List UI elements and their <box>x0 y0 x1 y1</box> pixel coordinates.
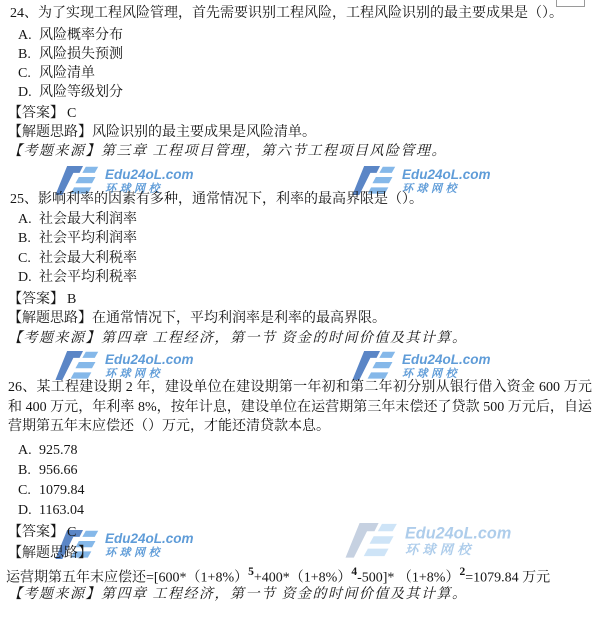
analysis-label: 【解题思路】 <box>8 125 92 140</box>
analysis-text: 在通常情况下，平均利润率是利率的最高界限。 <box>92 311 386 326</box>
watermark-edu24ol: Edu24oL.com 环球网校 <box>55 351 194 380</box>
question-24-text: 为了实现工程风险管理，首先需要识别工程风险，工程风险识别的最主要成果是（）。 <box>38 6 563 21</box>
question-26-answer: 【答案】C <box>8 524 76 541</box>
question-25-number: 25、 <box>10 192 38 207</box>
analysis-text: 风险识别的最主要成果是风险清单。 <box>92 125 316 140</box>
formula-part: =1079.84 万元 <box>465 571 550 586</box>
question-26-number: 26、 <box>8 380 37 395</box>
option-letter: A. <box>18 211 39 228</box>
option-letter: A. <box>18 442 39 459</box>
formula-part: -500]* （1+8%） <box>357 571 459 586</box>
edu24ol-logo-icon <box>345 523 399 558</box>
question-25-option-b: B.社会平均利润率 <box>18 230 137 247</box>
formula-exponent: 5 <box>248 566 254 578</box>
watermark-brand: Edu24oL.com <box>105 353 194 366</box>
question-26-option-b: B.956.66 <box>18 462 78 479</box>
option-text: 风险损失预测 <box>39 47 123 62</box>
question-25-option-d: D.社会平均利税率 <box>18 269 137 286</box>
question-24-source: 【考题来源】第三章 工程项目管理，第六节工程项目风险管理。 <box>8 143 447 160</box>
exam-document-page: { "watermark": { "brand": "Edu24oL.com",… <box>0 0 600 620</box>
question-25-source: 【考题来源】第四章 工程经济，第一节 资金的时间价值及其计算。 <box>8 330 468 347</box>
watermark-brand: Edu24oL.com <box>105 532 194 545</box>
option-letter: C. <box>18 482 39 499</box>
option-text: 社会最大利润率 <box>39 212 137 227</box>
question-24-number: 24、 <box>10 6 38 21</box>
option-letter: D. <box>18 269 39 286</box>
answer-value: B <box>67 292 76 307</box>
option-letter: D. <box>18 502 39 519</box>
option-letter: C. <box>18 65 39 82</box>
question-24-stem: 24、为了实现工程风险管理，首先需要识别工程风险，工程风险识别的最主要成果是（）… <box>10 5 563 22</box>
question-24-option-c: C.风险清单 <box>18 65 95 82</box>
option-letter: B. <box>18 230 39 247</box>
option-text: 1163.04 <box>39 503 84 518</box>
question-25-text: 影响利率的因素有多种，通常情况下，利率的最高界限是（）。 <box>38 192 423 207</box>
question-25-option-c: C.社会最大利税率 <box>18 250 137 267</box>
watermark-brand: Edu24oL.com <box>402 168 491 181</box>
question-26-option-a: A.925.78 <box>18 442 78 459</box>
option-text: 风险概率分布 <box>39 28 123 43</box>
answer-value: C <box>67 106 76 121</box>
watermark-site: 环球网校 <box>105 547 194 559</box>
option-letter: A. <box>18 27 39 44</box>
formula-exponent: 4 <box>351 566 357 578</box>
question-24-answer: 【答案】C <box>8 105 76 122</box>
question-26-formula: 运营期第五年末应偿还=[600*（1+8%）5+400*（1+8%）4-500]… <box>6 565 550 587</box>
question-25-option-a: A.社会最大利润率 <box>18 211 137 228</box>
source-text: 第四章 工程经济，第一节 资金的时间价值及其计算。 <box>101 587 468 602</box>
question-24-option-d: D.风险等级划分 <box>18 84 123 101</box>
option-letter: B. <box>18 462 39 479</box>
analysis-label: 【解题思路】 <box>8 546 92 561</box>
watermark-brand: Edu24oL.com <box>105 168 194 181</box>
question-24-analysis: 【解题思路】风险识别的最主要成果是风险清单。 <box>8 124 316 141</box>
source-label: 【考题来源】 <box>8 587 101 602</box>
watermark-site: 环球网校 <box>405 543 511 557</box>
option-text: 956.66 <box>39 463 78 478</box>
answer-label: 【答案】 <box>8 106 64 121</box>
question-26-source: 【考题来源】第四章 工程经济，第一节 资金的时间价值及其计算。 <box>8 586 468 603</box>
source-text: 第四章 工程经济，第一节 资金的时间价值及其计算。 <box>101 331 468 346</box>
question-25-analysis: 【解题思路】在通常情况下，平均利润率是利率的最高界限。 <box>8 310 386 327</box>
option-letter: C. <box>18 250 39 267</box>
option-letter: B. <box>18 46 39 63</box>
question-25-stem: 25、影响利率的因素有多种，通常情况下，利率的最高界限是（）。 <box>10 191 423 208</box>
edu24ol-logo-icon <box>352 351 397 380</box>
watermark-edu24ol: Edu24oL.com 环球网校 <box>352 351 491 380</box>
option-text: 社会最大利税率 <box>39 251 137 266</box>
formula-part: +400*（1+8%） <box>254 571 351 586</box>
option-text: 风险清单 <box>39 66 95 81</box>
watermark-edu24ol-faded: Edu24oL.com 环球网校 <box>345 523 511 558</box>
source-text: 第三章 工程项目管理，第六节工程项目风险管理。 <box>101 144 447 159</box>
source-label: 【考题来源】 <box>8 144 101 159</box>
question-26-option-c: C.1079.84 <box>18 482 85 499</box>
question-24-option-a: A.风险概率分布 <box>18 27 123 44</box>
question-26-stem: 26、某工程建设期 2 年，建设单位在建设期第一年初和第二年初分别从银行借入资金… <box>8 378 592 437</box>
watermark-brand: Edu24oL.com <box>402 353 491 366</box>
formula-exponent: 2 <box>459 566 465 578</box>
option-text: 风险等级划分 <box>39 85 123 100</box>
analysis-label: 【解题思路】 <box>8 311 92 326</box>
option-letter: D. <box>18 84 39 101</box>
watermark-brand: Edu24oL.com <box>405 525 511 541</box>
formula-part: 运营期第五年末应偿还=[600*（1+8%） <box>6 571 248 586</box>
option-text: 社会平均利税率 <box>39 270 137 285</box>
source-label: 【考题来源】 <box>8 331 101 346</box>
answer-label: 【答案】 <box>8 292 64 307</box>
option-text: 1079.84 <box>39 483 85 498</box>
option-text: 925.78 <box>39 443 78 458</box>
question-26-text: 某工程建设期 2 年，建设单位在建设期第一年初和第二年初分别从银行借入资金 60… <box>8 380 592 434</box>
answer-label: 【答案】 <box>8 525 64 540</box>
question-25-answer: 【答案】B <box>8 291 76 308</box>
question-26-option-d: D.1163.04 <box>18 502 84 519</box>
answer-value: C <box>67 525 76 540</box>
option-text: 社会平均利润率 <box>39 231 137 246</box>
question-26-analysis-label: 【解题思路】 <box>8 545 92 562</box>
question-24-option-b: B.风险损失预测 <box>18 46 123 63</box>
edu24ol-logo-icon <box>55 351 100 380</box>
